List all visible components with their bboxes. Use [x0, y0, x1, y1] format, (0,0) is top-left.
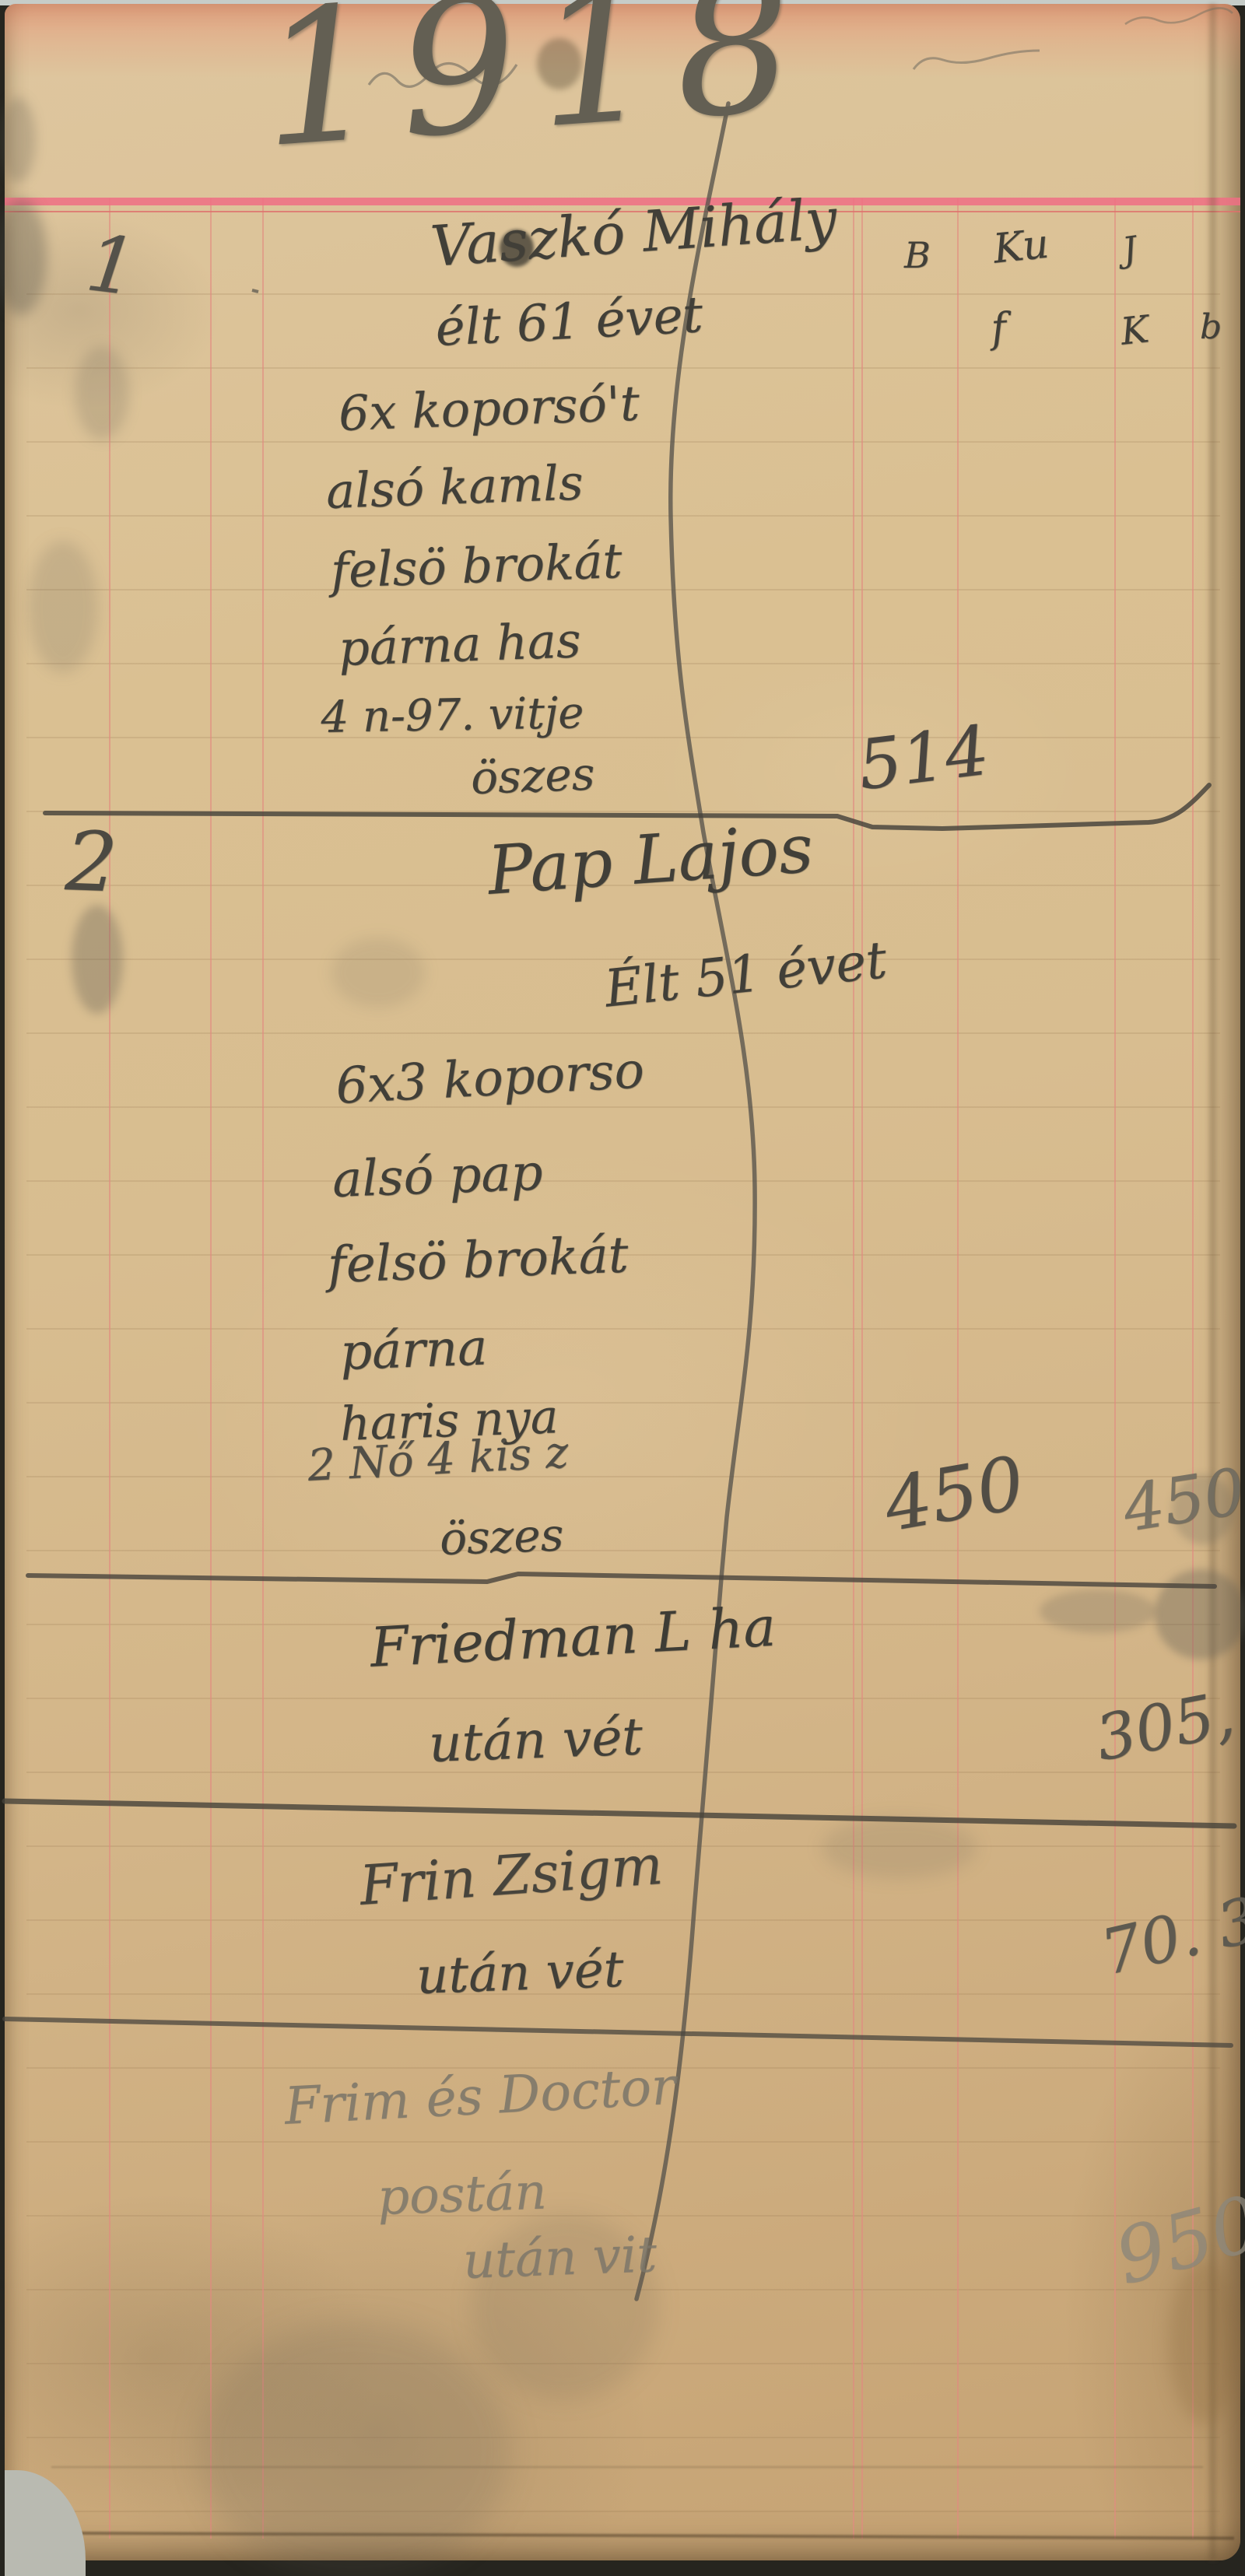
column-mark: K — [1119, 310, 1151, 350]
column-mark: b — [1200, 310, 1222, 345]
paper-crease-faint — [51, 2466, 1203, 2468]
red-rule-right-4 — [1192, 198, 1194, 2539]
red-rule-right-3 — [1114, 198, 1116, 2539]
column-mark: Ku — [991, 224, 1050, 270]
faint-horizontal-ruling — [26, 293, 1220, 2534]
scanned-ledger-page: { "title": { "year": "1918" }, "column_m… — [0, 0, 1245, 2576]
entry-line: felsö brokát — [327, 1231, 629, 1291]
entry-line: postán — [377, 2167, 548, 2223]
entry-line: élt 61 évet — [434, 290, 704, 354]
red-rule-right-1a — [853, 198, 854, 2539]
year-title: 1918 — [255, 0, 819, 174]
red-rule-left-1 — [109, 198, 110, 2539]
entry-line: után vit — [462, 2230, 658, 2287]
entry-line: alsó kamls — [325, 458, 584, 516]
entry-number: 2 — [64, 821, 118, 904]
entry-total: 514 — [854, 717, 992, 801]
entry-total-label: öszes — [470, 751, 595, 801]
entry-number: 1 — [82, 224, 141, 307]
entry-line: után vét — [416, 1945, 624, 2002]
entry-line: 6x koporsó't — [338, 380, 640, 438]
stain — [0, 97, 36, 183]
entry-line: alsó pap — [331, 1148, 544, 1205]
column-mark: J — [1120, 233, 1139, 268]
entry-line: 4 n-97. vitje — [321, 692, 584, 740]
entry-total-right: 450 — [1119, 1460, 1245, 1542]
pen-dot — [252, 290, 258, 292]
ledger-paper: 1918 1 Vaszkó Mihály B Ku J f K b élt 61… — [5, 4, 1240, 2560]
red-rule-right-2 — [957, 198, 959, 2539]
entry-line: felsö brokát — [330, 537, 622, 595]
entry-line: párna — [339, 1323, 488, 1378]
column-mark: B — [904, 237, 931, 273]
entry-line: 2 Nő 4 kis z — [307, 1431, 570, 1488]
entry-total-label: öszes — [439, 1512, 564, 1561]
entry-line: 6x3 koporso — [335, 1046, 645, 1112]
column-mark: f — [990, 308, 1008, 349]
entry-line: párna has — [338, 616, 582, 673]
red-rule-left-2 — [210, 198, 212, 2539]
entry-line: után vét — [428, 1711, 644, 1770]
right-fold-shadow — [1209, 4, 1216, 2560]
red-rule-right-1b — [861, 198, 863, 2539]
red-rule-left-3 — [262, 198, 264, 2539]
